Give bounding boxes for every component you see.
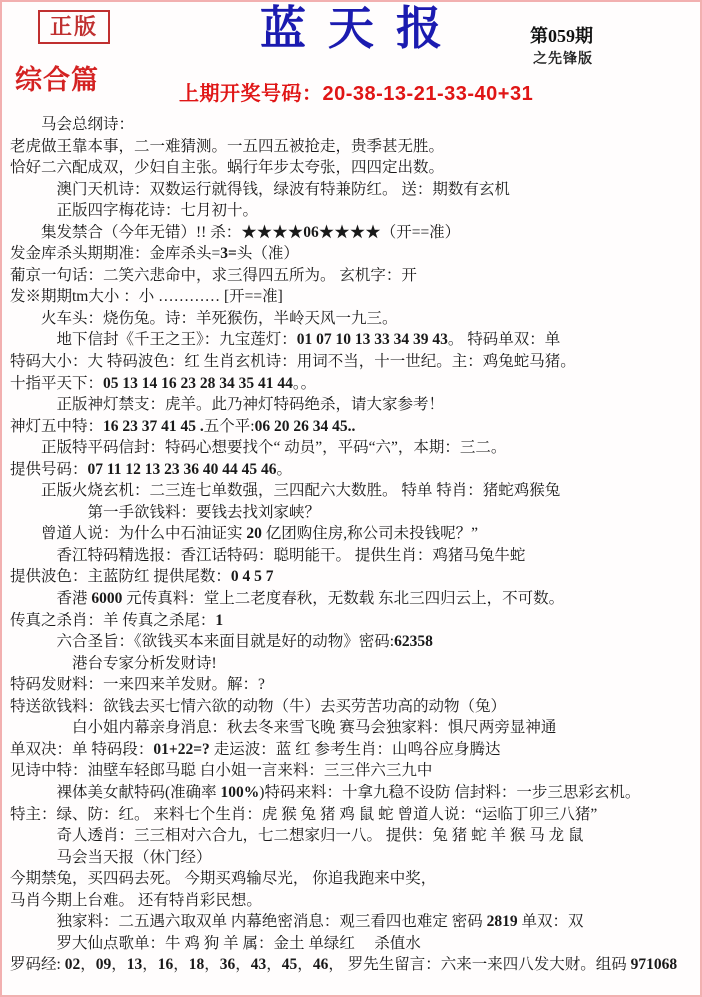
text-line: 今期禁兔，买四码去死。 今期买鸡输尽光， 你追我跑来中奖， bbox=[10, 868, 696, 890]
text-line: 曾道人说：为什么中石油证实 20 亿团购住房,称公司未投钱呢？” bbox=[10, 523, 696, 545]
text-line: 特码大小：大 特码波色：红 生肖玄机诗：用词不当，十一世纪。主：鸡兔蛇马猪。 bbox=[10, 351, 696, 373]
text-line: 罗码经: 02，09，13，16，18，36，43，45，46， 罗先生留言：六… bbox=[10, 954, 696, 976]
text-line: 正版四字梅花诗：七月初十。 bbox=[10, 200, 696, 222]
text-line: 提供号码：07 11 12 13 23 36 40 44 45 46。 bbox=[10, 459, 696, 481]
text-line: 香江特码精选报：香江话特码：聪明能干。 提供生肖：鸡猪马兔牛蛇 bbox=[10, 545, 696, 567]
text-line: 港台专家分析发财诗! bbox=[10, 653, 696, 675]
page-header: 正版 蓝天报 第059期 之先锋版 综合篇 上期开奖号码：20-38-13-21… bbox=[2, 2, 700, 110]
edition-label: 之先锋版 bbox=[533, 48, 593, 68]
text-line: 独家料：二五遇六取双单 内幕绝密消息：观三看四也难定 密码 2819 单双：双 bbox=[10, 911, 696, 933]
text-line: 六合圣旨：《欲钱买本来面目就是好的动物》密码:62358 bbox=[10, 631, 696, 653]
text-line: 马肖今期上台难。 还有特肖彩民想。 bbox=[10, 890, 696, 912]
text-line: 老虎做王靠本事，二一难猜测。一五四五被抢走，贵季甚无胜。 bbox=[10, 136, 696, 158]
text-line: 特码发财料：一来四来羊发财。解：? bbox=[10, 674, 696, 696]
text-line: 传真之杀肖：羊 传真之杀尾：1 bbox=[10, 610, 696, 632]
text-line: 见诗中特：油壁车轻郎马聪 白小姐一言来料：三三伴六三九中 bbox=[10, 760, 696, 782]
text-line: 奇人透肖：三三相对六合九，七二想家归一八。 提供：兔 猪 蛇 羊 猴 马 龙 鼠 bbox=[10, 825, 696, 847]
text-line: 正版神灯禁支：虎羊。此乃神灯特码绝杀，请大家参考！ bbox=[10, 394, 696, 416]
text-line: 发金库杀头期期准：金库杀头=3=头（准） bbox=[10, 243, 696, 265]
text-line: 葡京一句话：二笑六悲命中，求三得四五所为。 玄机字：开 bbox=[10, 265, 696, 287]
text-line: 白小姐内幕亲身消息：秋去冬来雪飞晚 赛马会独家料：惧尺两旁显神通 bbox=[10, 717, 696, 739]
text-line: 提供波色：主蓝防红 提供尾数：0 4 5 7 bbox=[10, 566, 696, 588]
text-line: 澳门天机诗：双数运行就得钱，绿波有特兼防红。 送：期数有玄机 bbox=[10, 179, 696, 201]
text-line: 马会当天报（休门经） bbox=[10, 847, 696, 869]
text-line: 香港 6000 元传真料：堂上二老度春秋，无数载 东北三四归云上，不可数。 bbox=[10, 588, 696, 610]
text-line: 单双决：单 特码段：01+22=? 走运波：蓝 红 参考生肖：山鸣谷应身腾达 bbox=[10, 739, 696, 761]
text-line: 裸体美女献特码(准确率 100%)特码来料：十拿九稳不设防 信封料：一步三思彩玄… bbox=[10, 782, 696, 804]
text-line: 十指平天下：05 13 14 16 23 28 34 35 41 44。。 bbox=[10, 373, 696, 395]
document-body: 马会总纲诗：老虎做王靠本事，二一难猜测。一五四五被抢走，贵季甚无胜。恰好二六配成… bbox=[2, 110, 700, 976]
issue-number: 第059期 bbox=[530, 22, 593, 48]
text-line: 马会总纲诗： bbox=[10, 114, 696, 136]
text-line: 集发禁合（今年无错）!! 杀：★★★★06★★★★（开==准） bbox=[10, 222, 696, 244]
section-title: 综合篇 bbox=[15, 58, 99, 97]
text-line: 特主：绿、防：红。 来料七个生肖：虎 猴 兔 猪 鸡 鼠 蛇 曾道人说：“运临丁… bbox=[10, 804, 696, 826]
text-line: 特送欲钱料：欲钱去买七情六欲的动物（牛）去买劳苦功高的动物（兔） bbox=[10, 696, 696, 718]
text-line: 恰好二六配成双，少妇自主张。蜗行年步太夸张，四四定出数。 bbox=[10, 157, 696, 179]
text-line: 正版火烧玄机：二三连七单数强，三四配六大数胜。 特单 特肖：猪蛇鸡猴兔 bbox=[10, 480, 696, 502]
newspaper-page: 正版 蓝天报 第059期 之先锋版 综合篇 上期开奖号码：20-38-13-21… bbox=[2, 2, 700, 995]
text-line: 罗大仙点歌单：牛 鸡 狗 羊 属：金土 单绿红 杀值水 bbox=[10, 933, 696, 955]
text-line: 神灯五中特：16 23 37 41 45 .五个平:06 20 26 34 45… bbox=[10, 416, 696, 438]
text-line: 发※期期tm大小 ：小 ………… [开==准] bbox=[10, 286, 696, 308]
text-line: 正版特平码信封：特码心想要找个“ 动员”，平码“六”，本期：三二。 bbox=[10, 437, 696, 459]
text-line: 地下信封《千王之王》：九宝莲灯：01 07 10 13 33 34 39 43。… bbox=[10, 329, 696, 351]
page-title: 蓝天报 bbox=[2, 4, 700, 55]
text-line: 火车头：烧伤兔。诗：羊死猴伤，半岭天风一九三。 bbox=[10, 308, 696, 330]
text-line: 第一手欲钱料：要钱去找刘家峡？ bbox=[10, 502, 696, 524]
last-draw-numbers: 上期开奖号码：20-38-13-21-33-40+31 bbox=[179, 77, 533, 106]
